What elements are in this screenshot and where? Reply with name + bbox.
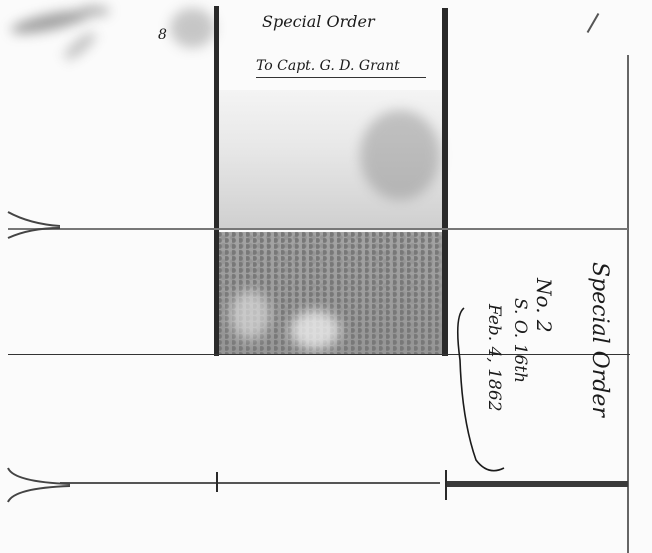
fold-line-lower: [60, 482, 440, 484]
docket-line-3: S. O. 16th: [510, 298, 530, 383]
document-page: 8 Special Order To Capt. G. D. Grant Spe…: [0, 0, 652, 553]
fold-line-left: [214, 6, 219, 356]
fold-curve-icon: [0, 200, 60, 240]
stain: [230, 290, 270, 340]
stain: [360, 110, 440, 200]
fold-line-middle: [8, 354, 630, 355]
stain: [290, 310, 340, 350]
addressee-line: To Capt. G. D. Grant: [256, 58, 400, 74]
addressee-underline: [256, 77, 426, 78]
fold-tick: [445, 470, 447, 500]
page-number: 8: [158, 27, 167, 43]
stain: [9, 6, 91, 38]
stain: [170, 8, 215, 48]
document-title: Special Order: [262, 12, 375, 31]
paper-edge-right: [627, 55, 629, 553]
fold-line-upper: [8, 228, 628, 230]
fold-line-right: [442, 8, 448, 356]
stain: [80, 6, 110, 16]
bracket-flourish-icon: [452, 300, 512, 480]
paper-corner: [587, 13, 600, 33]
docket-line-2: No. 2: [532, 278, 556, 333]
fold-curve-icon: [0, 462, 70, 507]
stain: [61, 29, 99, 64]
fold-line-lower-dark: [446, 481, 628, 487]
fold-tick: [216, 472, 218, 492]
docket-line-1: Special Order: [587, 262, 612, 417]
